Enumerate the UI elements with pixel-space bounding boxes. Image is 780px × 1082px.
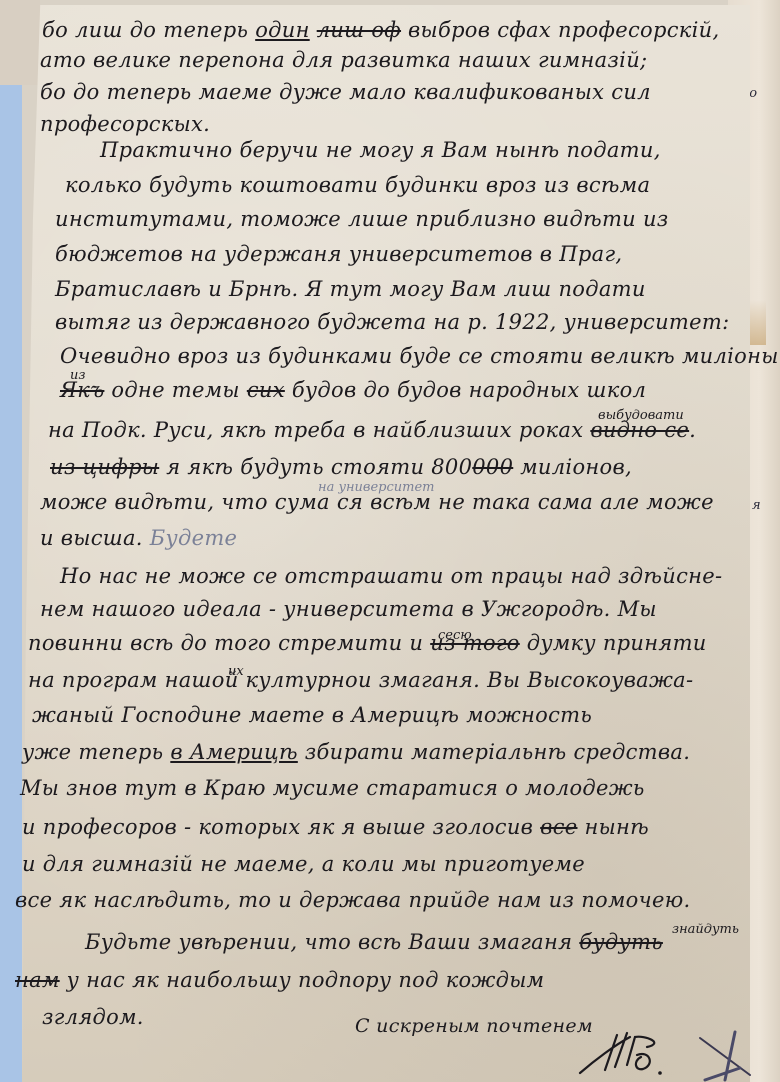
line-text: я якѣ будуть стояти 800 <box>159 455 472 479</box>
line-text <box>310 18 317 42</box>
closing-salutation: С искреным почтенем <box>355 1015 593 1037</box>
line-text: колько будуть коштовати будинки вроз из … <box>65 173 650 197</box>
line-text: на Подк. Руси, якѣ треба в найблизших ро… <box>48 418 590 442</box>
line-text: и высша. <box>40 526 150 550</box>
letter-line: Но нас не може се отстрашати от працы на… <box>60 564 722 588</box>
background-blue-surface <box>0 85 22 1082</box>
line-text: професорскых. <box>40 112 210 136</box>
letter-line: бо лиш до теперь один лиш оф выбров сфах… <box>42 18 719 42</box>
letter-line: Братиславѣ и Брнѣ. Я тут могу Вам лиш по… <box>55 277 646 301</box>
line-text: у нас як наибольшу подпору под кождым <box>60 968 545 992</box>
interlinear-insertion: из <box>70 368 85 383</box>
letter-line: колько будуть коштовати будинки вроз из … <box>65 173 650 197</box>
line-text: Мы знов тут в Краю мусиме старатися о мо… <box>20 776 645 800</box>
struck-text: лиш оф <box>317 18 401 42</box>
line-text: Очевидно вроз из будинками буде се стоят… <box>60 344 780 368</box>
line-text: выбров сфах професорскій, <box>401 18 719 42</box>
line-text: миліонов, <box>513 455 632 479</box>
line-text: зглядом. <box>42 1005 144 1029</box>
line-text: нем нашого идеала - университета в Ужгор… <box>40 597 657 621</box>
line-text: думку приняти <box>520 631 707 655</box>
struck-text: из цифры <box>50 455 159 479</box>
pencil-note: Будете <box>150 526 238 550</box>
line-text: Но нас не може се отстрашати от працы на… <box>60 564 722 588</box>
letter-line: институтами, томоже лише приблизно видѣт… <box>55 207 669 231</box>
line-text: на програм нашой културнои змаганя. Вы В… <box>28 668 693 692</box>
letter-line: нем нашого идеала - университета в Ужгор… <box>40 597 657 621</box>
line-text: . <box>689 418 696 442</box>
line-text: будов до будов народных школ <box>285 378 646 402</box>
line-text: бо до теперь маеме дуже мало квалификова… <box>40 80 651 104</box>
line-text: повинни всѣ до того стремити и <box>28 631 430 655</box>
struck-text: будуть <box>579 930 663 954</box>
line-text: Практично беручи не могу я Вам нынѣ пода… <box>100 138 661 162</box>
letter-line: Мы знов тут в Краю мусиме старатися о мо… <box>20 776 645 800</box>
letter-line: бюджетов на удержаня университетов в Пра… <box>55 242 622 266</box>
letter-line: из цифры я якѣ будуть стояти 800000 милі… <box>50 455 632 479</box>
letter-line: ато велике перепона для развитка наших г… <box>40 48 647 72</box>
letter-line: Практично беручи не могу я Вам нынѣ пода… <box>100 138 661 162</box>
letter-line: зглядом. <box>42 1005 144 1029</box>
line-text: бюджетов на удержаня университетов в Пра… <box>55 242 622 266</box>
line-text: ато велике перепона для развитка наших г… <box>40 48 647 72</box>
letter-line: и для гимназій не маеме, а коли мы приго… <box>22 852 585 876</box>
line-text: и професоров - которых як я выше зголоси… <box>22 815 540 839</box>
interlinear-insertion: выбудовати <box>598 408 684 423</box>
letter-line: нам у нас як наибольшу подпору под кожды… <box>15 968 544 992</box>
line-text: уже теперь <box>22 740 170 764</box>
underlined-text: один <box>255 18 310 42</box>
struck-text: нам <box>15 968 60 992</box>
struck-text: сих <box>247 378 285 402</box>
interlinear-insertion: сесю <box>438 628 472 643</box>
line-text: збирати матеріальнѣ средства. <box>298 740 690 764</box>
letter-line: и професоров - которых як я выше зголоси… <box>22 815 649 839</box>
letter-line: уже теперь в Америцѣ збирати матеріальнѣ… <box>22 740 690 764</box>
line-text: Будьте увѣрении, что всѣ Ваши змаганя <box>85 930 579 954</box>
margin-fragment: я <box>752 498 761 513</box>
letter-line: професорскых. <box>40 112 210 136</box>
line-text: Братиславѣ и Брнѣ. Я тут могу Вам лиш по… <box>55 277 646 301</box>
line-text: бо лиш до теперь <box>42 18 255 42</box>
letter-line: и высша. Будете <box>40 526 237 550</box>
letter-line: Будьте увѣрении, что всѣ Ваши змаганя бу… <box>85 930 663 954</box>
letter-line: вытяг из державного буджета на р. 1922, … <box>55 310 729 334</box>
interlinear-insertion: их <box>228 664 244 679</box>
letter-line: жаный Господине маете в Америцѣ можность <box>32 703 592 727</box>
letter-line: Якъ одне темы сих будов до будов народны… <box>60 378 646 402</box>
underlined-text: в Америцѣ <box>170 740 298 764</box>
interlinear-insertion: на университет <box>318 480 435 495</box>
struck-text: 000 <box>472 455 513 479</box>
letter-line: Очевидно вроз из будинками буде се стоят… <box>60 344 780 368</box>
interlinear-insertion: знайдуть <box>672 922 739 937</box>
line-text: и для гимназій не маеме, а коли мы приго… <box>22 852 585 876</box>
letter-line: повинни всѣ до того стремити и из того д… <box>28 631 707 655</box>
line-text: все як наслѣдить, то и держава прийде на… <box>15 888 690 912</box>
background-surface <box>0 0 40 85</box>
letter-line: бо до теперь маеме дуже мало квалификова… <box>40 80 651 104</box>
letter-line: все як наслѣдить, то и держава прийде на… <box>15 888 690 912</box>
line-text: одне темы <box>104 378 246 402</box>
signature-icon <box>575 1025 675 1080</box>
pencil-cross-mark-icon <box>695 1030 755 1082</box>
line-text: нынѣ <box>577 815 648 839</box>
line-text: жаный Господине маете в Америцѣ можность <box>32 703 592 727</box>
letter-line: на програм нашой културнои змаганя. Вы В… <box>28 668 693 692</box>
line-text: вытяг из державного буджета на р. 1922, … <box>55 310 729 334</box>
struck-text: все <box>540 815 577 839</box>
line-text: институтами, томоже лише приблизно видѣт… <box>55 207 669 231</box>
